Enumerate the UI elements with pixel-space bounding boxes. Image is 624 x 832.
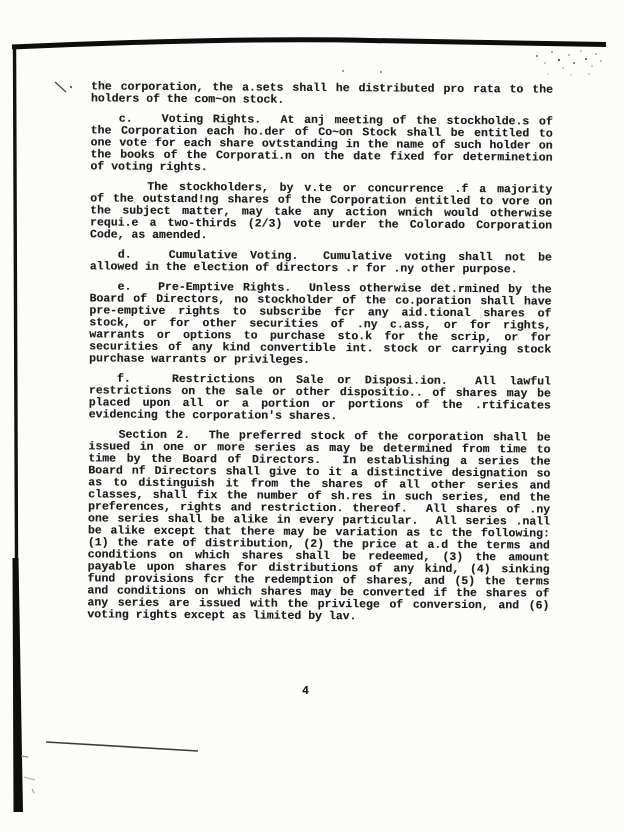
noise-speckles xyxy=(536,50,602,75)
text-line: allowed in the election of directors .r … xyxy=(90,261,552,276)
pen-mark-artifact xyxy=(55,82,72,92)
paragraph: The stockholders, by v.te or concurrence… xyxy=(90,181,552,244)
paragraph: f. Restrictions on Sale or Disposi.ion. … xyxy=(89,373,551,424)
paragraph: e. Pre-Emptive Rights. Unless otherwise … xyxy=(89,281,552,368)
paragraph: the corporation, the a.sets shall he dis… xyxy=(91,81,553,108)
paragraph: Section 2. The preferred stock of the co… xyxy=(87,429,550,624)
stray-line-artifact xyxy=(46,742,198,751)
paragraph: d. Cumulative Voting. Cumulative voting … xyxy=(90,249,552,276)
paragraph: c. Voting Rights. At anj meeting of the … xyxy=(90,113,552,176)
bottom-left-smudges xyxy=(21,756,35,793)
document-text: the corporation, the a.sets shall he dis… xyxy=(87,81,553,624)
page-left-border-line xyxy=(15,45,17,560)
left-edge-ink-bar xyxy=(13,558,24,812)
dust-specks xyxy=(342,70,382,73)
page-top-border-line xyxy=(12,40,606,47)
page-number: 4 xyxy=(302,686,309,698)
scanned-document-page: the corporation, the a.sets shall he dis… xyxy=(0,0,624,832)
